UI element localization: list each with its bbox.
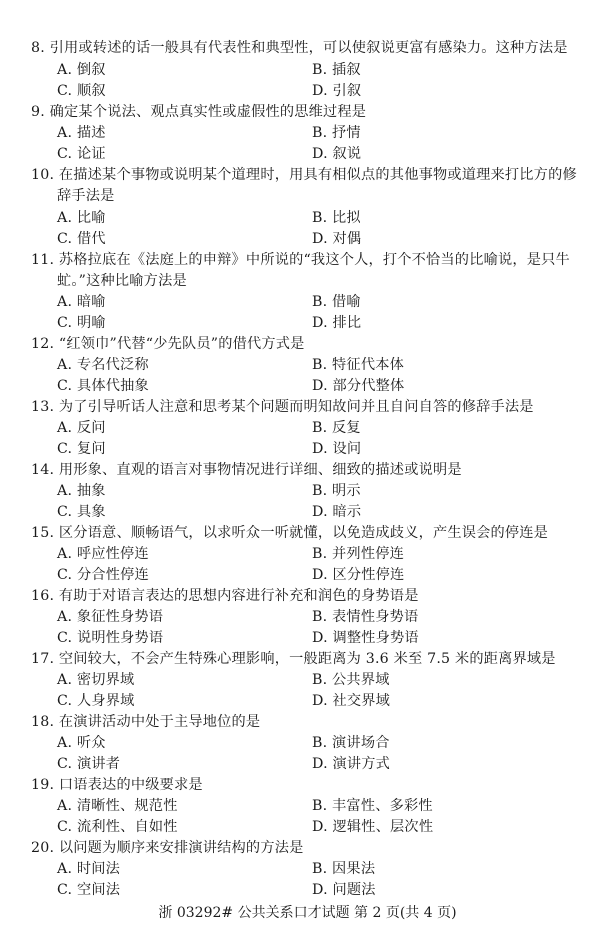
question-11-stem-continued: 虻。”这种比喻方法是 xyxy=(57,271,187,291)
question-15-stem: 15. 区分语意、顺畅语气，以求听众一听就懂，以免造成歧义，产生误会的停连是 xyxy=(31,523,548,543)
question-8-option-b: B. 插叙 xyxy=(312,60,361,80)
question-15-option-c: C. 分合性停连 xyxy=(57,565,149,585)
question-9-stem: 9. 确定某个说法、观点真实性或虚假性的思维过程是 xyxy=(31,102,366,122)
question-9-option-c: C. 论证 xyxy=(57,144,106,164)
question-8-option-c: C. 顺叙 xyxy=(57,81,106,101)
question-15-option-b: B. 并列性停连 xyxy=(312,544,404,564)
question-12-option-d: D. 部分代整体 xyxy=(312,376,404,396)
question-20-option-a: A. 时间法 xyxy=(57,859,120,879)
question-12-option-a: A. 专名代泛称 xyxy=(57,355,149,375)
question-9-option-d: D. 叙说 xyxy=(312,144,361,164)
question-20-stem: 20. 以问题为顺序来安排演讲结构的方法是 xyxy=(31,838,303,858)
question-9-option-a: A. 描述 xyxy=(57,123,106,143)
question-20-option-d: D. 问题法 xyxy=(312,880,376,900)
question-18-option-d: D. 演讲方式 xyxy=(312,754,390,774)
question-19-stem: 19. 口语表达的中级要求是 xyxy=(31,775,203,795)
question-16-option-d: D. 调整性身势语 xyxy=(312,628,419,648)
question-16-stem: 16. 有助于对语言表达的思想内容进行补充和润色的身势语是 xyxy=(31,586,419,606)
question-12-stem: 12. “红领巾”代替“少先队员”的借代方式是 xyxy=(31,334,305,354)
question-19-option-a: A. 清晰性、规范性 xyxy=(57,796,178,816)
question-14-option-c: C. 具象 xyxy=(57,502,106,522)
question-9-option-b: B. 抒情 xyxy=(312,123,361,143)
question-17-stem: 17. 空间较大，不会产生特殊心理影响，一般距离为 3.6 米至 7.5 米的距… xyxy=(31,649,556,669)
question-18-stem: 18. 在演讲活动中处于主导地位的是 xyxy=(31,712,260,732)
question-20-option-c: C. 空间法 xyxy=(57,880,120,900)
question-14-stem: 14. 用形象、直观的语言对事物情况进行详细、细致的描述或说明是 xyxy=(31,460,462,480)
question-8-option-d: D. 引叙 xyxy=(312,81,361,101)
question-16-option-b: B. 表情性身势语 xyxy=(312,607,418,627)
question-10-stem: 10. 在描述某个事物或说明某个道理时，用具有相似点的其他事物或道理来打比方的修 xyxy=(31,165,577,185)
question-12-option-c: C. 具体代抽象 xyxy=(57,376,149,396)
question-10-option-b: B. 比拟 xyxy=(312,208,361,228)
question-16-option-a: A. 象征性身势语 xyxy=(57,607,163,627)
question-17-option-a: A. 密切界域 xyxy=(57,670,134,690)
question-11-option-c: C. 明喻 xyxy=(57,313,106,333)
question-14-option-b: B. 明示 xyxy=(312,481,361,501)
question-10-option-d: D. 对偶 xyxy=(312,229,361,249)
question-8-option-a: A. 倒叙 xyxy=(57,60,106,80)
question-12-option-b: B. 特征代本体 xyxy=(312,355,404,375)
question-13-stem: 13. 为了引导听话人注意和思考某个问题而明知故问并且自问自答的修辞手法是 xyxy=(31,397,534,417)
question-16-option-c: C. 说明性身势语 xyxy=(57,628,163,648)
question-13-option-b: B. 反复 xyxy=(312,418,361,438)
question-11-stem: 11. 苏格拉底在《法庭上的申辩》中所说的“我这个人，打个不恰当的比喻说，是只牛 xyxy=(31,250,570,270)
question-10-option-a: A. 比喻 xyxy=(57,208,106,228)
question-19-option-b: B. 丰富性、多彩性 xyxy=(312,796,433,816)
question-18-option-c: C. 演讲者 xyxy=(57,754,120,774)
question-10-option-c: C. 借代 xyxy=(57,229,106,249)
question-18-option-a: A. 听众 xyxy=(57,733,106,753)
page-footer: 浙 03292# 公共关系口才试题 第 2 页(共 4 页) xyxy=(0,903,615,923)
question-11-option-d: D. 排比 xyxy=(312,313,361,333)
question-13-option-c: C. 复问 xyxy=(57,439,106,459)
question-17-option-d: D. 社交界域 xyxy=(312,691,390,711)
question-17-option-b: B. 公共界域 xyxy=(312,670,390,690)
question-11-option-b: B. 借喻 xyxy=(312,292,361,312)
question-14-option-a: A. 抽象 xyxy=(57,481,106,501)
question-13-option-d: D. 设问 xyxy=(312,439,361,459)
question-13-option-a: A. 反问 xyxy=(57,418,106,438)
question-17-option-c: C. 人身界域 xyxy=(57,691,135,711)
question-14-option-d: D. 暗示 xyxy=(312,502,361,522)
question-10-stem-continued: 辞手法是 xyxy=(57,186,115,206)
question-11-option-a: A. 暗喻 xyxy=(57,292,106,312)
question-8-stem: 8. 引用或转述的话一般具有代表性和典型性，可以使叙说更富有感染力。这种方法是 xyxy=(31,38,568,58)
question-15-option-a: A. 呼应性停连 xyxy=(57,544,149,564)
question-15-option-d: D. 区分性停连 xyxy=(312,565,404,585)
question-20-option-b: B. 因果法 xyxy=(312,859,375,879)
exam-page: 8. 引用或转述的话一般具有代表性和典型性，可以使叙说更富有感染力。这种方法是 … xyxy=(0,0,615,938)
question-19-option-d: D. 逻辑性、层次性 xyxy=(312,817,433,837)
question-18-option-b: B. 演讲场合 xyxy=(312,733,390,753)
question-19-option-c: C. 流利性、自如性 xyxy=(57,817,178,837)
